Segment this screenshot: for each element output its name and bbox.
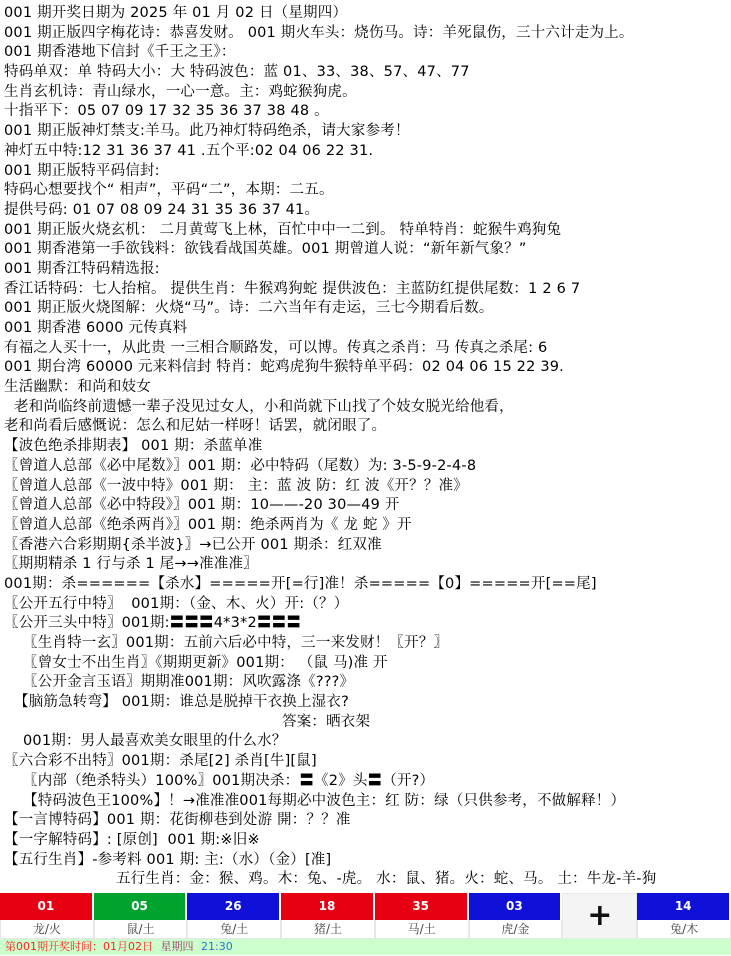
result-ball-1: 01 龙/火 xyxy=(0,893,94,939)
doc-line-wave-king: 【特码波色王100%】！→准准准001每期必中波色主：红 防：绿（只供参考，不做… xyxy=(4,792,731,812)
ball-number: 18 xyxy=(281,893,375,920)
doc-line-kill-two-zodiac: 〖曾道人总部《绝杀两肖》〗001 期：绝杀两肖为《 龙 蛇 》开 xyxy=(4,516,731,536)
doc-line-odd-even: 特码单双：单 特码大小：大 特码波色：蓝 01、33、38、57、47、77 xyxy=(4,63,731,83)
doc-line-ten-numbers: 十指平下：05 07 09 17 32 35 36 37 38 48 。 xyxy=(4,102,731,122)
doc-line-taiwan-envelope: 001 期台湾 60000 元来料信封 特肖：蛇鸡虎狗牛猴特单平码：02 04 … xyxy=(4,358,731,378)
doc-line-special-segment: 〖曾道人总部《必中特段》〗001 期：10——-20 30—49 开 xyxy=(4,496,731,516)
ball-zodiac: 马/土 xyxy=(375,920,469,939)
doc-line-one-wave: 〖曾道人总部《一波中特》001 期： 主：蓝 波 防：红 波《开？？准》 xyxy=(4,477,731,497)
result-ball-special: 14 兔/木 xyxy=(637,893,731,939)
doc-line-xiangjiang-detail: 香江话特码：七人抬棺。 提供生肖：牛猴鸡狗蛇 提供波色：主蓝防红提供尾数：1 2… xyxy=(4,280,731,300)
plus-separator-icon: + xyxy=(562,893,637,939)
doc-line-brain-teaser: 【脑筋急转弯】 001期：谁总是脱掉干衣换上湿衣? xyxy=(4,693,731,713)
doc-line-kill-water: 001期：杀======【杀水】=====开[=行]准！杀=====【0】===… xyxy=(4,575,731,595)
doc-line-plum-poem: 001 期正版四字梅花诗：恭喜发财。 001 期火车头：烧伤马。诗：羊死鼠伤，三… xyxy=(4,24,731,44)
ball-number: 03 xyxy=(469,893,563,920)
doc-line-envelope-title: 001 期香港地下信封《千王之王》： xyxy=(4,43,731,63)
doc-line-crosstalk: 特码心想要找个“ 相声”，平码“二”，本期：二五。 xyxy=(4,181,731,201)
ball-zodiac: 龙/火 xyxy=(0,920,94,939)
result-ball-2: 05 鼠/土 xyxy=(94,893,188,939)
draw-result-bar: 01 龙/火 05 鼠/土 26 兔/土 18 猪/土 35 马/土 03 虎/… xyxy=(0,893,731,939)
ball-zodiac: 虎/金 xyxy=(469,920,563,939)
doc-line-lamp-five: 神灯五中特:12 31 36 37 41 .五个平:02 04 06 22 31… xyxy=(4,142,731,162)
doc-line-fire-mystery: 001 期正版火烧玄机： 二月黄莺飞上林，百忙中中一二到。 特单特肖：蛇猴牛鸡狗… xyxy=(4,221,731,241)
doc-line-not-out-special: 〖六合彩不出特〗001期：杀尾[2] 杀肖[牛][鼠] xyxy=(4,752,731,772)
doc-line-teaser-answer: 答案：晒衣架 xyxy=(4,713,731,733)
doc-line-madam-zeng: 〖曾女士不出生肖〗《期期更新》001期： （鼠 马)准 开 xyxy=(4,654,731,674)
doc-line-five-elements: 〖公开五行中特〗 001期：（金、木、火）开:（？） xyxy=(4,595,731,615)
doc-line-lamp-ban: 001 期正版神灯禁支:羊马。此乃神灯特码绝杀，请大家参考！ xyxy=(4,122,731,142)
doc-line-five-element-zodiac: 【五行生肖】-参考料 001 期: 主:（水）（金）[准] xyxy=(4,851,731,871)
doc-line-fax-title: 001 期香港 6000 元传真料 xyxy=(4,319,731,339)
doc-line-zodiac-mystery: 〖生肖特一玄〗001期：五前六后必中特，三一来发财！〖开？〗 xyxy=(4,634,731,654)
doc-line-money-tip: 001 期香港第一手欲钱料：欲钱看战国英雄。001 期曾道人说：“新年新气象？” xyxy=(4,240,731,260)
result-ball-4: 18 猪/土 xyxy=(281,893,375,939)
doc-line-element-mapping: 五行生肖：金：猴、鸡。木：兔、-虎。 水：鼠、猪。火：蛇、马。 土：牛龙-羊-狗 xyxy=(4,870,731,890)
ball-number: 35 xyxy=(375,893,469,920)
doc-line-fire-diagram: 001 期正版火烧图解：火烧“马”。诗：二六当年有走运，三七今期看后数。 xyxy=(4,299,731,319)
doc-line-three-heads: 〖公开三头中特〗001期:〓〓〓4*3*2〓〓〓 xyxy=(4,614,731,634)
doc-line-teaser2: 001期：男人最喜欢美女眼里的什么水？ xyxy=(4,732,731,752)
doc-line-tail-numbers: 〖曾道人总部《必中尾数》〗001 期：必中特码（尾数）为: 3-5-9-2-4-… xyxy=(4,457,731,477)
ball-zodiac: 鼠/土 xyxy=(94,920,188,939)
result-ball-6: 03 虎/金 xyxy=(469,893,563,939)
ball-number: 26 xyxy=(187,893,281,920)
ball-number: 14 xyxy=(637,893,731,920)
doc-line-xiangjiang-title: 001 期香江特码精选报: xyxy=(4,260,731,280)
doc-line-wave-kill: 【波色绝杀排期表】 001 期：杀蓝单准 xyxy=(4,437,731,457)
result-ball-3: 26 兔/土 xyxy=(187,893,281,939)
doc-line-fax-detail: 有福之人买十一，从此贵 一三相合顺路发，可以博。传真之杀肖：马 传真之杀尾: 6 xyxy=(4,339,731,359)
doc-line-kill-half-wave: 〖香港六合彩期期{杀半波}〗→已公开 001 期杀：红双准 xyxy=(4,536,731,556)
doc-line-one-phrase: 【一言博特码】001 期：花街柳巷到处游 開：？？准 xyxy=(4,811,731,831)
doc-line-special-envelope: 001 期正版特平码信封: xyxy=(4,162,731,182)
lottery-tip-sheet: 001 期开奖日期为 2025 年 01 月 02 日（星期四） 001 期正版… xyxy=(0,0,731,890)
ball-zodiac: 猪/土 xyxy=(281,920,375,939)
draw-time-info: 第001期开奖时间：01月02日 星期四 21:30 xyxy=(0,939,731,955)
doc-line-zodiac-poem: 生肖玄机诗：青山绿水，一心一意。主：鸡蛇猴狗虎。 xyxy=(4,83,731,103)
result-ball-5: 35 马/土 xyxy=(375,893,469,939)
doc-line-humor-body1: 老和尚临终前遗憾一辈子没见过女人，小和尚就下山找了个妓女脱光给他看， xyxy=(4,398,731,418)
doc-line-humor-title: 生活幽默：和尚和妓女 xyxy=(4,378,731,398)
ball-zodiac: 兔/土 xyxy=(187,920,281,939)
draw-time-clock: 21:30 xyxy=(201,940,233,953)
doc-line-kill-row-tail: 〖期期精杀 1 行与杀 1 尾→→准准准〗 xyxy=(4,555,731,575)
draw-time-prefix: 第001期开奖时间：01月02日 xyxy=(5,940,153,953)
ball-number: 05 xyxy=(94,893,188,920)
doc-line-draw-date: 001 期开奖日期为 2025 年 01 月 02 日（星期四） xyxy=(4,4,731,24)
ball-number: 01 xyxy=(0,893,94,920)
draw-time-weekday: 星期四 xyxy=(161,940,194,953)
doc-line-humor-body2: 老和尚看后感慨说：怎么和尼姑一样呀！话罢，就闭眼了。 xyxy=(4,417,731,437)
doc-line-provided-numbers: 提供号码: 01 07 08 09 24 31 35 36 37 41。 xyxy=(4,201,731,221)
doc-line-golden-words: 〖公开金言玉语〗期期准001期：风吹露涤《???》 xyxy=(4,673,731,693)
ball-zodiac: 兔/木 xyxy=(637,920,731,939)
doc-line-kill-head: 〖内部（绝杀特头）100%〗001期决杀：〓《2》头〓（开?） xyxy=(4,772,731,792)
doc-line-one-char: 【一字解特码】: [原创] 001 期:※旧※ xyxy=(4,831,731,851)
